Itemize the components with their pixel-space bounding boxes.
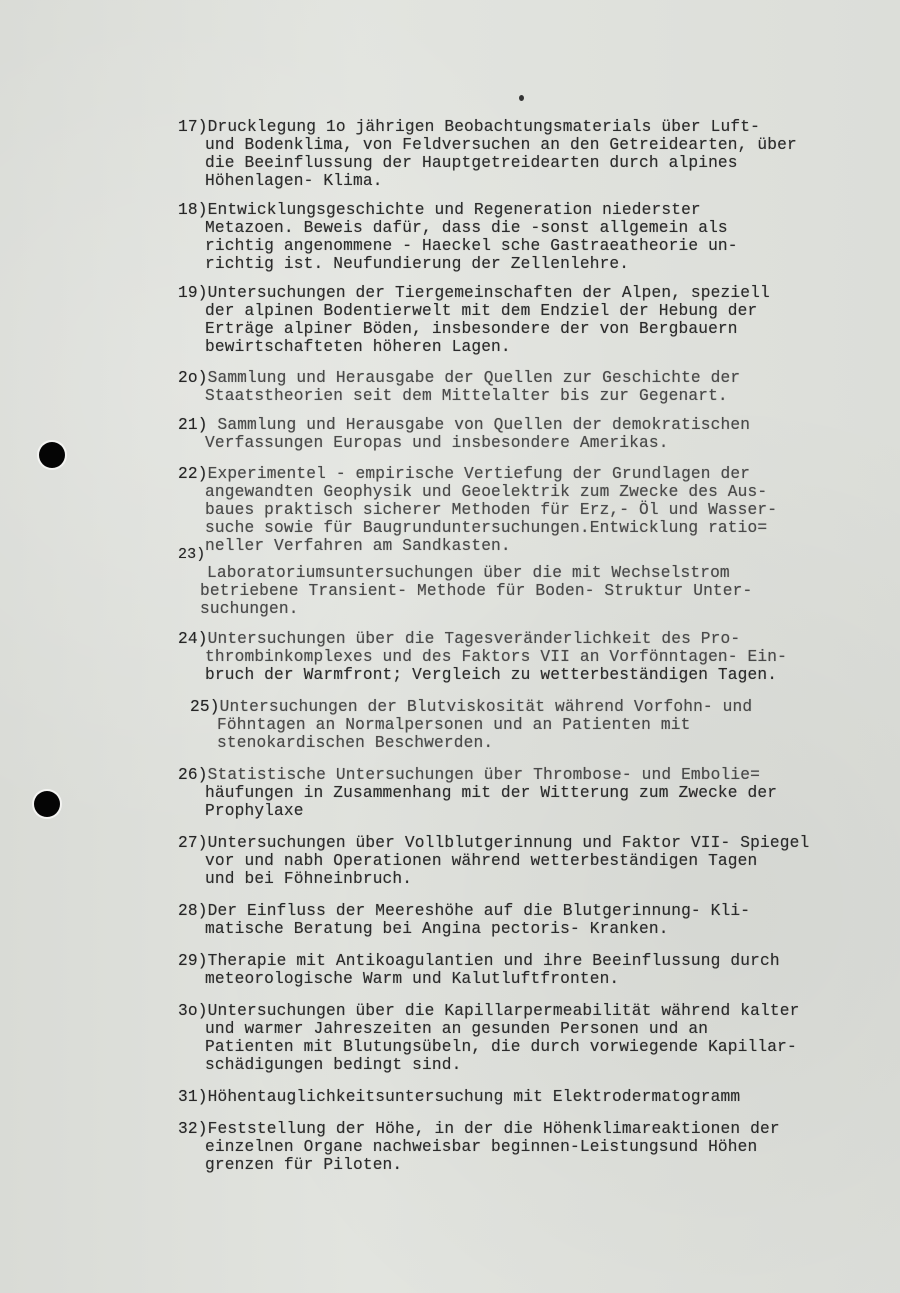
list-item-23: 23) Laboratoriumsuntersuchungen über die… [178,555,890,618]
item-number: 25) [190,698,220,716]
list-item-19: 19)Untersuchungen der Tiergemeinschaften… [178,284,890,356]
item-number: 31) [178,1088,208,1106]
list-item-29: 29)Therapie mit Antikoagulantien und ihr… [178,952,890,988]
list-item-30: 3o)Untersuchungen über die Kapillarperme… [178,1002,890,1074]
scanned-page: 17)Drucklegung 1o jährigen Beobachtungsm… [0,0,900,1293]
list-item-21: 21) Sammlung und Herausgabe von Quellen … [178,416,890,452]
list-item-28: 28)Der Einfluss der Meereshöhe auf die B… [178,902,890,938]
item-number-overstruck: 23) [178,547,205,562]
list-item-20: 2o)Sammlung und Herausgabe der Quellen z… [178,369,890,405]
item-number: 22) [178,465,208,483]
list-item-25: 25)Untersuchungen der Blutviskosität wäh… [178,698,890,752]
numbered-list: 17)Drucklegung 1o jährigen Beobachtungsm… [178,118,890,1188]
item-number: 3o) [178,1002,208,1020]
ink-dot [519,95,524,101]
list-item-24: 24)Untersuchungen über die Tagesveränder… [178,630,890,684]
item-number: 18) [178,201,208,219]
item-number: 21) [178,416,217,434]
item-number: 2o) [178,369,208,387]
item-number: 28) [178,902,208,920]
item-number: 26) [178,766,208,784]
list-item-18: 18)Entwicklungsgeschichte und Regenerati… [178,201,890,273]
list-item-27: 27)Untersuchungen über Vollblutgerinnung… [178,834,890,888]
list-item-26: 26)Statistische Untersuchungen über Thro… [178,766,890,820]
item-number: 32) [178,1120,208,1138]
item-number: 29) [178,952,208,970]
punch-hole-top [39,442,65,468]
punch-hole-bottom [34,791,60,817]
item-number: 24) [178,630,208,648]
list-item-32: 32)Feststellung der Höhe, in der die Höh… [178,1120,890,1174]
item-number: 19) [178,284,208,302]
list-item-31: 31)Höhentauglichkeitsuntersuchung mit El… [178,1088,890,1106]
item-number: 27) [178,834,208,852]
list-item-22: 22)Experimentel - empirische Vertiefung … [178,465,890,555]
list-item-17: 17)Drucklegung 1o jährigen Beobachtungsm… [178,118,890,190]
item-number: 17) [178,118,208,136]
